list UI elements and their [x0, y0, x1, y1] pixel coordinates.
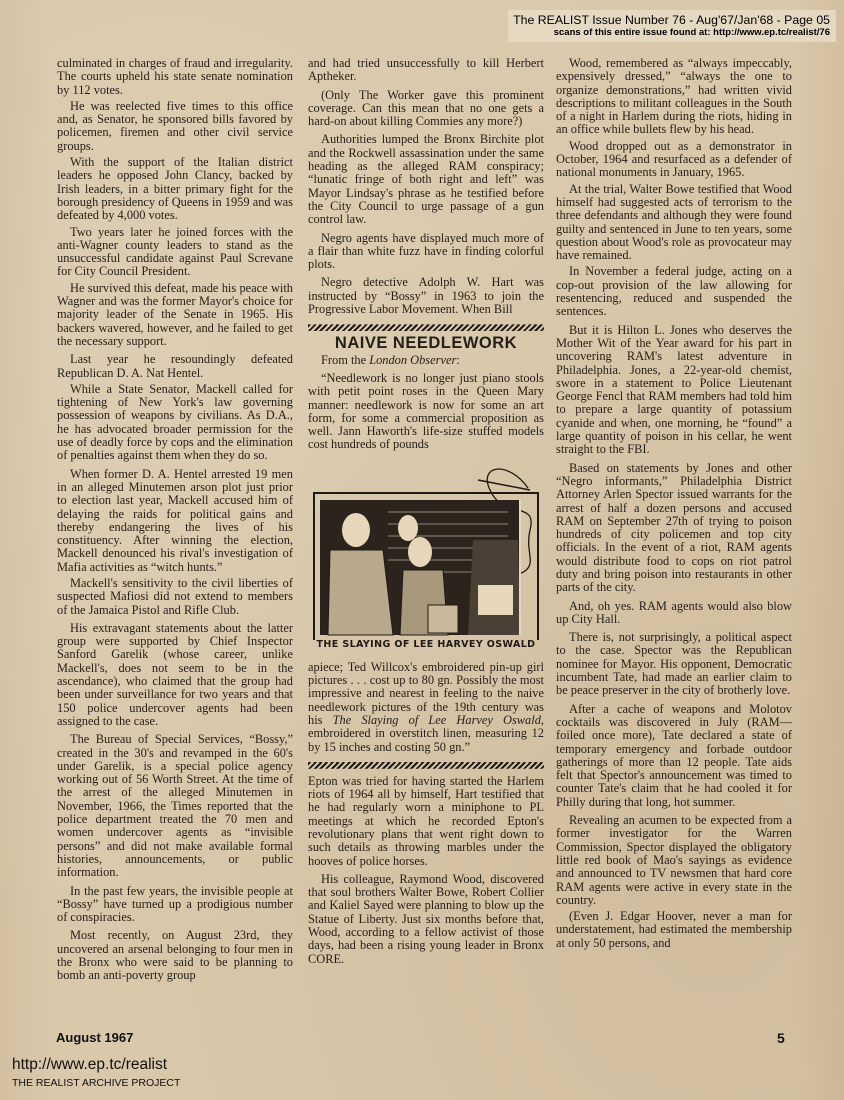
- paragraph: (Only The Worker gave this prominent cov…: [308, 89, 544, 129]
- sidebar-source: From the London Observer:: [308, 354, 544, 367]
- paragraph: Mackell's sensitivity to the civil liber…: [57, 577, 293, 617]
- paragraph: In November a federal judge, acting on a…: [556, 265, 792, 318]
- paragraph: But it is Hilton L. Jones who deserves t…: [556, 324, 792, 457]
- paragraph: After a cache of weapons and Molotov coc…: [556, 703, 792, 809]
- paragraph: Based on statements by Jones and other “…: [556, 462, 792, 595]
- archive-url-link[interactable]: http://www.ep.tc/realist: [12, 1056, 167, 1074]
- paragraph: And, oh yes. RAM agents would also blow …: [556, 600, 792, 627]
- zigzag-divider: [308, 324, 544, 331]
- banner-title: The REALIST Issue Number 76 - Aug'67/Jan…: [508, 13, 830, 27]
- artwork-title: The Slaying of Lee Harvey Oswald: [333, 713, 541, 727]
- paragraph: When former D. A. Hentel arrested 19 men…: [57, 468, 293, 574]
- sidebar-paragraph: “Needlework is no longer just piano stoo…: [308, 372, 544, 452]
- paragraph: and had tried unsuccessfully to kill Her…: [308, 57, 544, 84]
- archive-banner: The REALIST Issue Number 76 - Aug'67/Jan…: [508, 10, 836, 42]
- paragraph: The Bureau of Special Services, “Bossy,”…: [57, 733, 293, 879]
- sidebar-headline: NAIVE NEEDLEWORK: [308, 337, 544, 350]
- sidebar-box: NAIVE NEEDLEWORK From the London Observe…: [308, 337, 544, 753]
- paragraph: While a State Senator, Mackell called fo…: [57, 383, 293, 463]
- paragraph: In the past few years, the invisible peo…: [57, 885, 293, 925]
- source-suffix: :: [456, 353, 459, 367]
- paragraph: Revealing an acumen to be expected from …: [556, 814, 792, 907]
- column-2: and had tried unsuccessfully to kill Her…: [308, 57, 544, 969]
- archive-project-label: THE REALIST ARCHIVE PROJECT: [12, 1077, 180, 1089]
- banner-subtitle: scans of this entire issue found at: htt…: [508, 27, 830, 39]
- zigzag-divider: [308, 762, 544, 769]
- issue-date: August 1967: [56, 1030, 133, 1045]
- paragraph: Two years later he joined forces with th…: [57, 226, 293, 279]
- paragraph: His colleague, Raymond Wood, discovered …: [308, 873, 544, 966]
- paragraph: Wood dropped out as a demonstrator in Oc…: [556, 140, 792, 180]
- source-publication: London Observer: [369, 353, 456, 367]
- paragraph: His extravagant statements about the lat…: [57, 622, 293, 728]
- paragraph: Wood, remembered as “always impeccably, …: [556, 57, 792, 137]
- page-number: 5: [777, 1030, 785, 1046]
- illustration-caption: THE SLAYING OF LEE HARVEY OSWALD: [308, 638, 544, 651]
- paragraph: He survived this defeat, made his peace …: [57, 282, 293, 348]
- column-1: culminated in charges of fraud and irreg…: [57, 57, 293, 986]
- paragraph: Last year he resoundingly defeated Repub…: [57, 353, 293, 380]
- embroidery-illustration: THE SLAYING OF LEE HARVEY OSWALD: [308, 460, 544, 655]
- source-prefix: From the: [321, 353, 369, 367]
- paragraph: With the support of the Italian district…: [57, 156, 293, 222]
- paragraph: He was reelected five times to this offi…: [57, 100, 293, 153]
- paragraph: Negro detective Adolph W. Hart was instr…: [308, 276, 544, 316]
- paragraph: There is, not surprisingly, a political …: [556, 631, 792, 697]
- column-3: Wood, remembered as “always impeccably, …: [556, 57, 792, 953]
- paragraph: Authorities lumped the Bronx Birchite pl…: [308, 133, 544, 226]
- paragraph: Negro agents have displayed much more of…: [308, 232, 544, 272]
- paragraph: (Even J. Edgar Hoover, never a man for u…: [556, 910, 792, 950]
- sidebar-paragraph: apiece; Ted Willcox's embroidered pin-up…: [308, 661, 544, 754]
- paragraph: At the trial, Walter Bowe testified that…: [556, 183, 792, 263]
- paragraph: culminated in charges of fraud and irreg…: [57, 57, 293, 97]
- paragraph: Most recently, on August 23rd, they unco…: [57, 929, 293, 982]
- paragraph: Epton was tried for having started the H…: [308, 775, 544, 868]
- oswald-slaying-drawing-icon: [308, 460, 544, 640]
